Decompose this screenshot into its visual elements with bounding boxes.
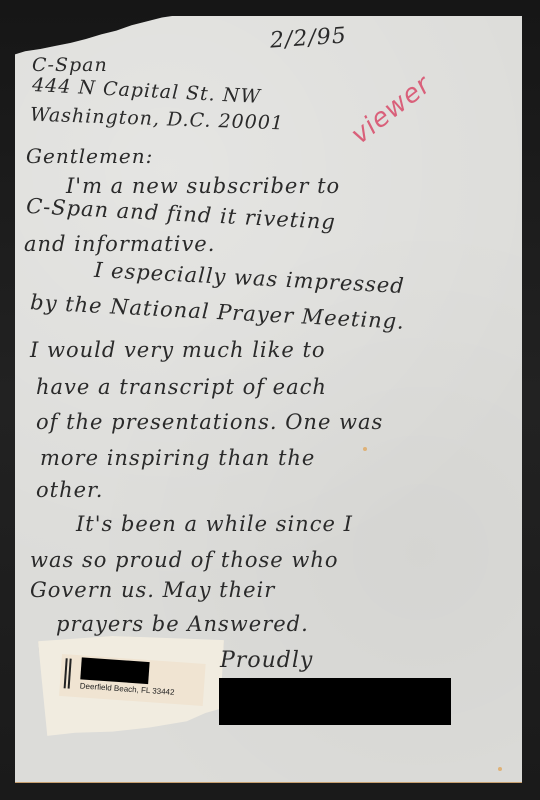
paper-stain — [498, 767, 502, 771]
redacted-signature-box — [219, 678, 451, 725]
paper-stain — [363, 447, 367, 451]
body-line: I would very much like to — [30, 338, 326, 362]
recipient-name: C-Span — [32, 54, 108, 76]
body-line: have a transcript of each — [36, 375, 327, 399]
letter-date: 2/2/95 — [269, 23, 347, 53]
body-line: was so proud of those who — [30, 548, 339, 572]
body-line: I'm a new subscriber to — [66, 174, 340, 198]
body-line: prayers be Answered. — [56, 612, 309, 636]
salutation: Gentlemen: — [26, 144, 153, 168]
body-line: more inspiring than the — [40, 446, 315, 470]
body-line: Govern us. May their — [30, 578, 275, 602]
closing: Proudly — [220, 648, 313, 673]
body-line: of the presentations. One was — [36, 410, 383, 434]
body-line: and informative. — [24, 232, 215, 256]
redacted-name-box — [80, 657, 149, 684]
body-line: other. — [36, 478, 103, 502]
return-address-city: Deerfield Beach, FL 33442 — [80, 681, 175, 697]
body-line: It's been a while since I — [76, 512, 353, 536]
barcode-bars-icon — [64, 658, 72, 688]
